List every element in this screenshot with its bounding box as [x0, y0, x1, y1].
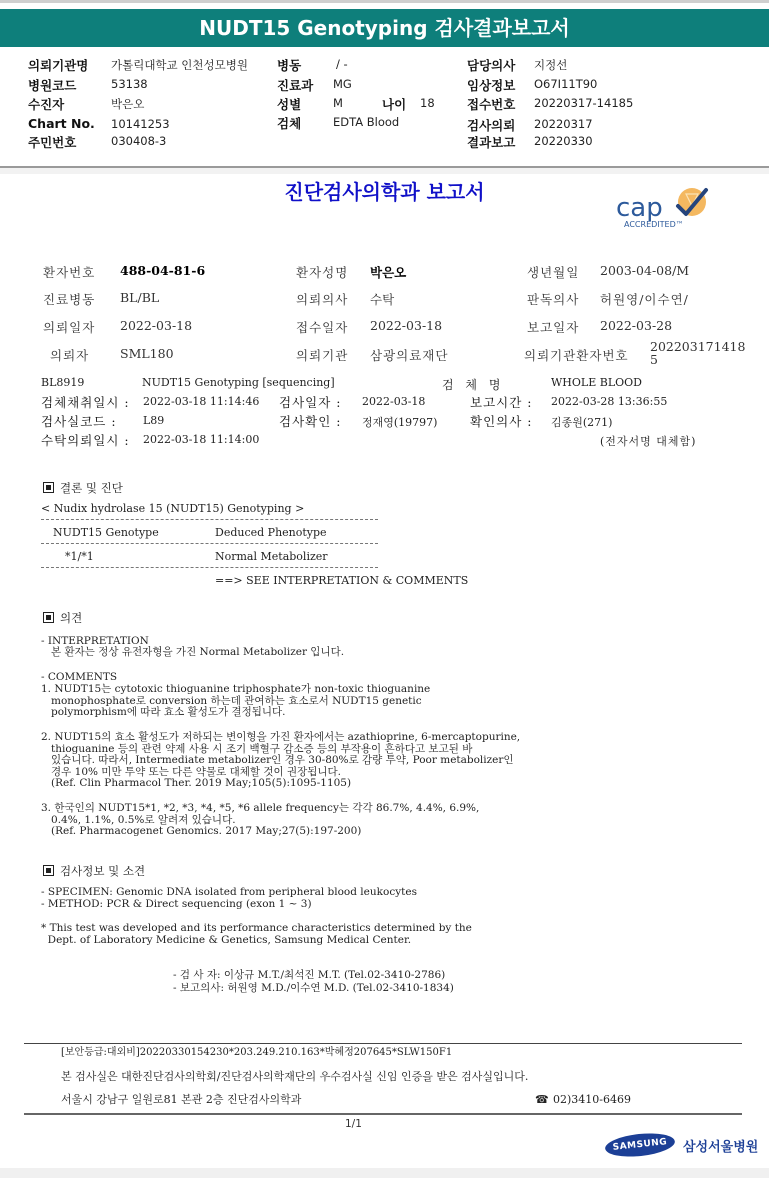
- comments-title: - COMMENTS: [41, 672, 117, 684]
- square-bullet-icon: [43, 482, 54, 493]
- report-time-label: 보고시간 :: [470, 393, 533, 411]
- address-line: 서울시 강남구 일원로81 본관 2층 진단검사의학과: [61, 1094, 301, 1106]
- header-label: Chart No.: [28, 116, 95, 131]
- collect-value: 2022-03-18 11:14:46: [143, 395, 259, 408]
- header-label: 접수번호: [467, 95, 515, 113]
- info-value: 2022-03-18: [370, 318, 442, 333]
- genotype-cell: *1/*1: [65, 551, 94, 563]
- security-line: [보안등급:대외비]20220330154230*203.249.210.163…: [61, 1047, 452, 1059]
- report-banner: NUDT15 Genotyping 검사결과보고서: [0, 9, 769, 47]
- divider-band: [0, 168, 769, 174]
- svg-text:ACCREDITED™: ACCREDITED™: [624, 220, 684, 229]
- info-label: 의뢰기관: [296, 346, 348, 364]
- report-time-value: 2022-03-28 13:36:55: [551, 395, 667, 408]
- header-value: 박은오: [111, 96, 144, 112]
- table-rule: [41, 519, 378, 520]
- phenotype-cell: Normal Metabolizer: [215, 551, 328, 563]
- comment-1: 1. NUDT15는 cytotoxic thioguanine triphos…: [41, 684, 430, 719]
- header-value: 20220330: [534, 134, 593, 148]
- header-label: 주민번호: [28, 133, 76, 151]
- confirm-doc-value: 김종원(271): [551, 414, 612, 430]
- comment-2: 2. NUDT15의 효소 활성도가 저하되는 변이형을 가진 환자에서는 az…: [41, 732, 520, 790]
- header-label: 임상정보: [467, 76, 515, 94]
- footer-rule: [24, 1113, 742, 1115]
- table-rule: [41, 567, 378, 568]
- hospital-name: 삼성서울병원: [683, 1140, 758, 1155]
- specimen-label: 검 체 명: [442, 376, 504, 393]
- header-value: MG: [333, 77, 352, 91]
- header-value: 가톨릭대학교 인천성모병원: [111, 57, 248, 73]
- header-value: 18: [420, 96, 435, 110]
- header-label: 성별: [277, 95, 301, 113]
- header-value: M: [333, 96, 343, 110]
- info-label: 판독의사: [527, 290, 579, 308]
- reporter-line: - 보고의사: 허원영 M.D./이수연 M.D. (Tel.02-3410-1…: [173, 983, 454, 995]
- phone-number: 02)3410-6469: [553, 1094, 631, 1106]
- see-interpretation-note: ==> SEE INTERPRETATION & COMMENTS: [215, 575, 468, 587]
- info-value: 2022-03-28: [600, 318, 672, 333]
- header-value: 53138: [111, 77, 148, 91]
- section-heading: 결론 및 진단: [43, 480, 123, 496]
- section-heading-text: 의견: [60, 611, 82, 625]
- page-indicator: 1/1: [345, 1118, 362, 1130]
- section-heading: 검사정보 및 소견: [43, 863, 145, 879]
- table-rule: [41, 543, 378, 544]
- test-name: NUDT15 Genotyping [sequencing]: [142, 376, 335, 389]
- conclusion-subtitle: < Nudix hydrolase 15 (NUDT15) Genotyping…: [41, 503, 304, 515]
- samsung-hospital-logo: SAMSUNG삼성서울병원: [605, 1134, 758, 1156]
- info-label: 환자번호: [43, 263, 95, 281]
- header-label: 나이: [382, 95, 406, 113]
- info-label: 의뢰일자: [43, 318, 95, 336]
- request-label: 수탁의뢰일시 :: [41, 431, 130, 449]
- cap-logo-icon: cap ACCREDITED™: [614, 186, 714, 230]
- table-header: NUDT15 Genotype: [53, 527, 159, 539]
- info-label: 진료병동: [43, 290, 95, 308]
- header-value: / -: [336, 57, 348, 71]
- collect-label: 검체채취일시 :: [41, 393, 130, 411]
- certification-line: 본 검사실은 대한진단검사의학회/진단검사의학재단의 우수검사실 신임 인증을 …: [61, 1071, 528, 1083]
- header-label: 검체: [277, 114, 301, 132]
- info-value: 2022-03-18: [120, 318, 192, 333]
- patient-name: 박은오: [370, 263, 406, 281]
- header-label: 병동: [277, 56, 301, 74]
- header-value: 20220317-14185: [534, 96, 633, 110]
- test-date-value: 2022-03-18: [362, 395, 425, 408]
- info-label: 의뢰기관환자번호: [524, 346, 629, 364]
- square-bullet-icon: [43, 865, 54, 876]
- examiner-line: - 검 사 자: 이상규 M.T./최석진 M.T. (Tel.02-3410-…: [173, 970, 445, 982]
- header-label: 의뢰기관명: [28, 56, 88, 74]
- info-value: 수탁: [370, 290, 394, 308]
- lab-code-label: 검사실코드 :: [41, 412, 117, 430]
- header-label: 수진자: [28, 95, 64, 113]
- header-value: EDTA Blood: [333, 115, 399, 129]
- confirm-label: 검사확인 :: [279, 412, 342, 430]
- confirm-doc-label: 확인의사 :: [470, 412, 533, 430]
- header-value: 030408-3: [111, 134, 166, 148]
- header-value: O67I11T90: [534, 77, 597, 91]
- header-label: 진료과: [277, 76, 313, 94]
- test-code: BL8919: [41, 376, 84, 389]
- header-label: 검사의뢰: [467, 116, 515, 134]
- method-line: - METHOD: PCR & Direct sequencing (exon …: [41, 899, 312, 911]
- comment-3: 3. 한국인의 NUDT15*1, *2, *3, *4, *5, *6 all…: [41, 803, 479, 838]
- header-label: 결과보고: [467, 133, 515, 151]
- info-value: SML180: [120, 346, 174, 361]
- info-value: 5: [650, 353, 658, 366]
- info-value: BL/BL: [120, 290, 159, 305]
- square-bullet-icon: [43, 612, 54, 623]
- development-note: * This test was developed and its perfor…: [41, 923, 472, 946]
- table-header: Deduced Phenotype: [215, 527, 327, 539]
- info-label: 보고일자: [527, 318, 579, 336]
- lab-code-value: L89: [143, 414, 164, 427]
- top-rule: [0, 0, 769, 3]
- request-value: 2022-03-18 11:14:00: [143, 433, 259, 446]
- info-label: 생년월일: [527, 263, 579, 281]
- header-value: 20220317: [534, 117, 593, 131]
- interpretation-text: 본 환자는 정상 유전자형을 가진 Normal Metabolizer 입니다…: [41, 647, 344, 659]
- specimen-value: WHOLE BLOOD: [551, 376, 642, 389]
- info-label: 의뢰자: [50, 346, 89, 364]
- info-value: 허원영/이수연/: [600, 290, 689, 308]
- header-value: 지정선: [534, 57, 567, 73]
- info-value: 202203171418: [650, 340, 745, 353]
- patient-number: 488-04-81-6: [120, 263, 205, 278]
- info-label: 접수일자: [296, 318, 348, 336]
- section-heading-text: 검사정보 및 소견: [60, 864, 145, 878]
- section-heading-text: 결론 및 진단: [60, 481, 123, 495]
- cap-accredited-logo: cap ACCREDITED™: [614, 186, 714, 230]
- info-value: 삼광의료재단: [370, 346, 448, 364]
- samsung-logo-icon: SAMSUNG: [604, 1130, 676, 1159]
- esign-note: (전자서명 대체함): [600, 433, 696, 449]
- specimen-line: - SPECIMEN: Genomic DNA isolated from pe…: [41, 887, 417, 899]
- section-heading: 의견: [43, 610, 82, 626]
- info-value: 2003-04-08/M: [600, 263, 689, 278]
- header-label: 담당의사: [467, 56, 515, 74]
- info-label: 환자성명: [296, 263, 348, 281]
- svg-text:cap: cap: [616, 193, 663, 223]
- info-label: 의뢰의사: [296, 290, 348, 308]
- bottom-band: [0, 1168, 769, 1178]
- header-value: 10141253: [111, 117, 170, 131]
- header-label: 병원코드: [28, 76, 76, 94]
- phone-icon: ☎: [535, 1094, 549, 1106]
- test-date-label: 검사일자 :: [279, 393, 342, 411]
- confirm-value: 정재영(19797): [362, 414, 437, 430]
- footer-rule: [24, 1043, 742, 1044]
